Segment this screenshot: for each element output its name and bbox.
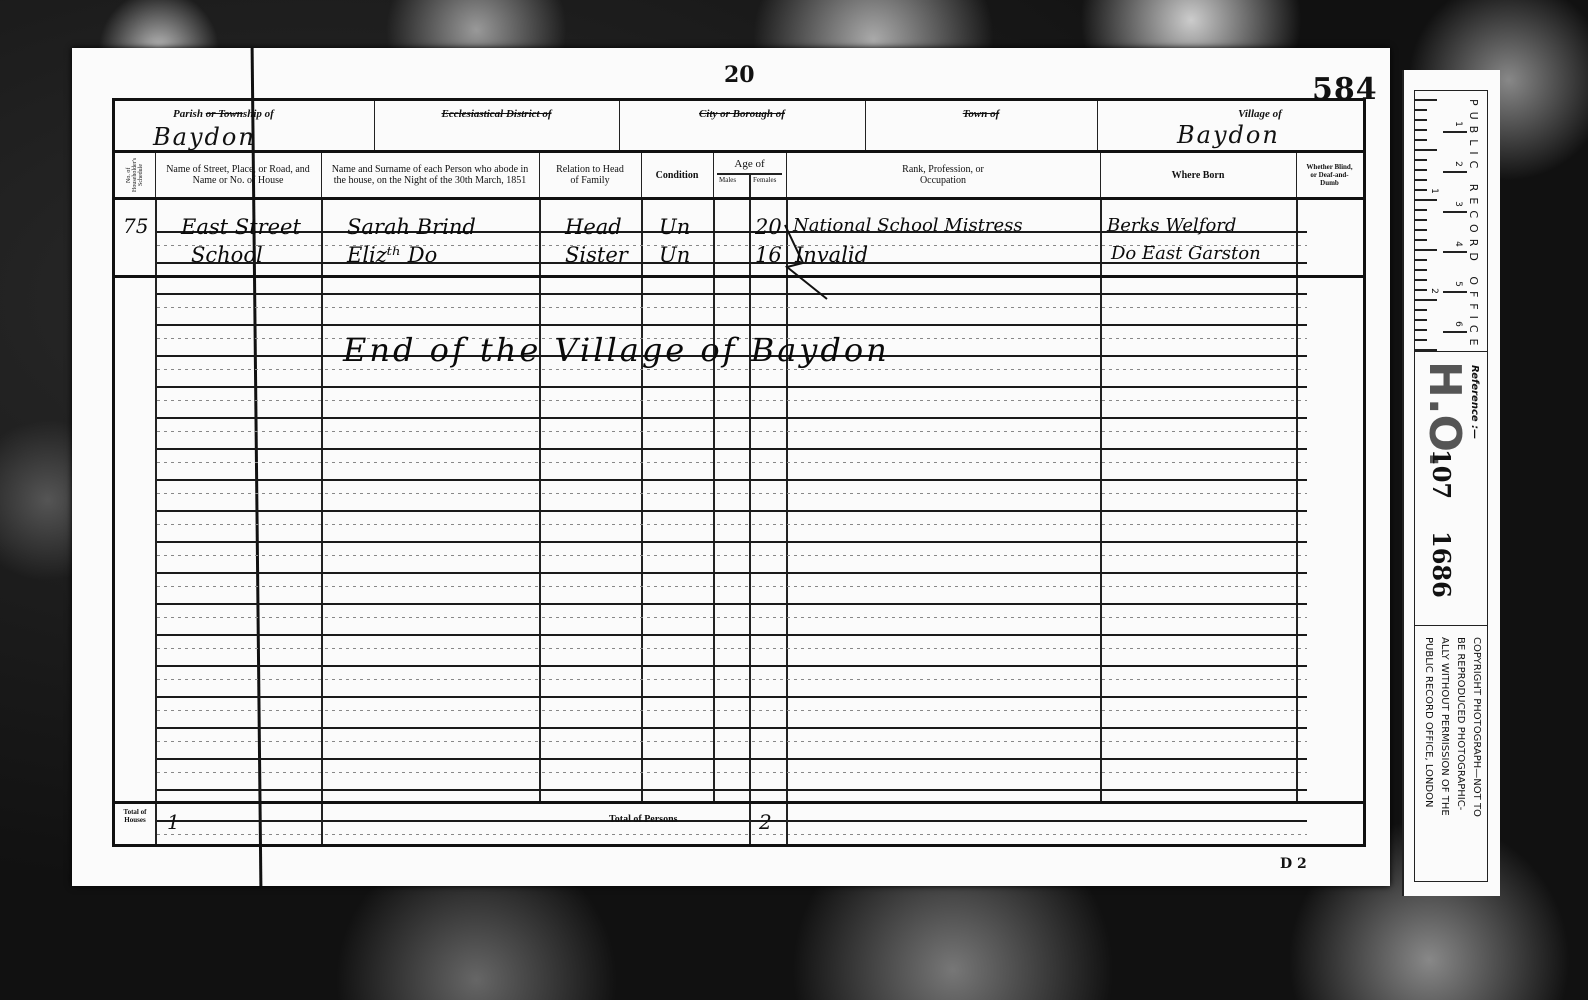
total-persons-label: Total of Persons	[609, 814, 678, 825]
person-name: Sarah Brind	[347, 215, 476, 239]
town-cell: Town of	[865, 101, 1098, 150]
city-cell: City or Borough of	[619, 101, 866, 150]
town-label: Town of	[865, 108, 1097, 120]
total-persons-value: 2	[759, 810, 772, 834]
village-label: Village of	[1157, 108, 1363, 120]
cancel-stroke	[783, 223, 833, 303]
column-headers: No. of Householder's Schedule Name of St…	[115, 153, 1363, 200]
census-page: 20 584 D 2 Parish or Township of Baydon …	[72, 48, 1390, 886]
col-age: Age of Males Females	[713, 153, 787, 197]
age-female: 16	[755, 243, 782, 267]
condition: Un	[659, 215, 690, 239]
age-female: 20	[755, 215, 782, 239]
total-houses-value: 1	[167, 810, 180, 834]
piece-number: 107	[1427, 449, 1456, 499]
col-condition: Condition	[641, 153, 714, 197]
street: East Street	[181, 215, 301, 239]
birthplace: Berks Welford	[1107, 215, 1236, 236]
col-disability: Whether Blind, or Deaf-and-Dumb	[1296, 153, 1363, 197]
schedule-no: 75	[123, 214, 148, 238]
village-value: Baydon	[1177, 121, 1280, 149]
reference-box: Reference :— H.O. 107 1686	[1415, 353, 1487, 626]
ecclesiastical-label: Ecclesiastical District of	[374, 108, 619, 120]
village-cell: Village of Baydon	[1097, 101, 1363, 150]
relation: Head	[565, 215, 622, 239]
end-of-village-annotation: End of the Village of Baydon	[343, 331, 890, 369]
condition: Un	[659, 243, 690, 267]
person-name: Elizᵗʰ Do	[347, 243, 437, 267]
footer-mark: D 2	[1280, 856, 1307, 872]
parish-cell: Parish or Township of Baydon	[115, 101, 375, 150]
folio-reference: 1686	[1427, 531, 1456, 598]
reference-strip: 12345612 PUBLIC RECORD OFFICE Reference …	[1402, 70, 1500, 896]
census-form: Parish or Township of Baydon Ecclesiasti…	[112, 98, 1366, 847]
totals-row: Total of Houses 1 Total of Persons 2	[115, 801, 1363, 844]
col-occupation: Rank, Profession, or Occupation	[786, 153, 1101, 197]
ecclesiastical-cell: Ecclesiastical District of	[374, 101, 620, 150]
city-label: City or Borough of	[619, 108, 865, 120]
relation: Sister	[565, 243, 628, 267]
col-birthplace: Where Born	[1100, 153, 1297, 197]
col-name: Name and Surname of each Person who abod…	[321, 153, 540, 197]
copyright-notice: COPYRIGHT PHOTOGRAPH—NOT TO BE REPRODUCE…	[1415, 627, 1487, 877]
street: School	[191, 243, 263, 267]
reference-label: Reference :—	[1469, 365, 1480, 439]
col-relation: Relation to Head of Family	[539, 153, 642, 197]
birthplace: Do East Garston	[1111, 243, 1261, 264]
col-street: Name of Street, Place, or Road, and Name…	[155, 153, 322, 197]
page-number: 20	[724, 62, 755, 88]
col-schedule-no: No. of Householder's Schedule	[115, 153, 156, 197]
parish-value: Baydon	[153, 123, 256, 151]
total-houses-label: Total of Houses	[119, 808, 151, 824]
header-row: Parish or Township of Baydon Ecclesiasti…	[115, 101, 1363, 153]
parish-label: Parish or Township of	[173, 108, 274, 120]
office-label: PUBLIC RECORD OFFICE	[1467, 99, 1480, 352]
